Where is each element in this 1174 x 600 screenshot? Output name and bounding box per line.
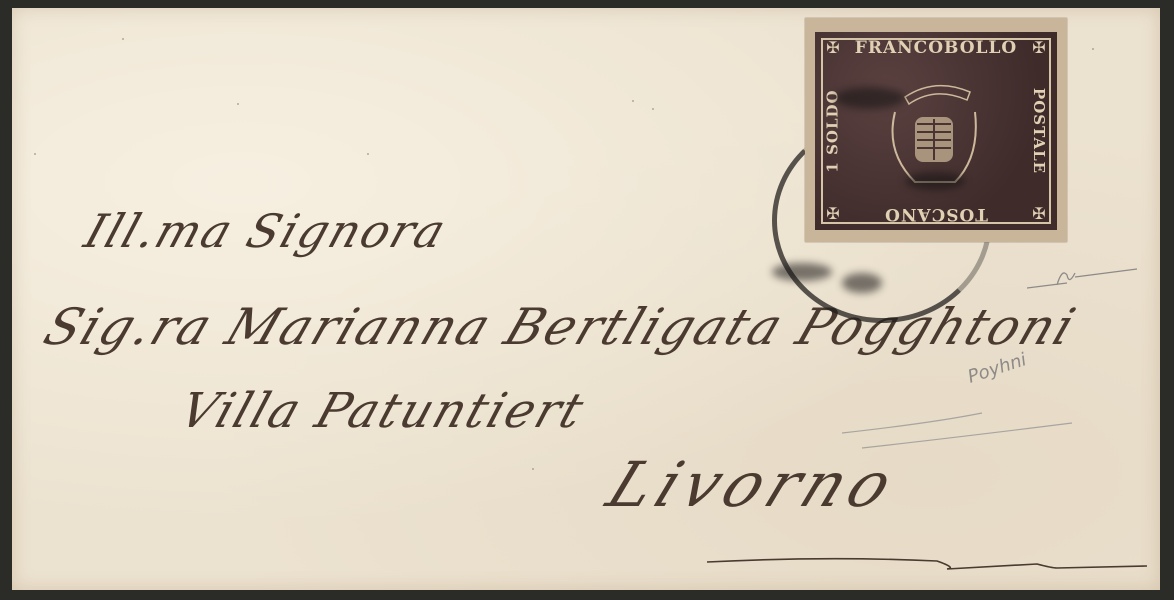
stamp-bottom-text: TOSCANO	[843, 204, 1029, 224]
cancel-smudge	[835, 87, 905, 109]
address-line-villa: Villa Patuntiert	[173, 383, 592, 439]
postmark-blot	[772, 263, 832, 281]
paper-speck	[122, 38, 124, 40]
paper-speck	[532, 468, 534, 470]
paper-speck	[367, 153, 369, 155]
corner-ornament-icon: ✠	[823, 38, 843, 58]
paper-speck	[652, 108, 654, 110]
corner-ornament-icon: ✠	[823, 204, 843, 224]
stamp-top-text: FRANCOBOLLO	[843, 38, 1029, 58]
cancel-smudge	[905, 172, 965, 190]
stamp-right-panel: POSTALE	[1027, 60, 1051, 202]
corner-ornament-icon: ✠	[1029, 38, 1049, 58]
city-underline-flourish	[707, 556, 1147, 570]
corner-ornament-icon: ✠	[1029, 204, 1049, 224]
address-line-city: Livorno	[597, 448, 909, 521]
stamp-left-panel: 1 SOLDO	[821, 60, 845, 202]
postmark-blot	[842, 273, 882, 293]
postage-stamp: FRANCOBOLLO TOSCANO POSTALE 1 SOLDO ✠ ✠ …	[805, 18, 1067, 242]
pencil-strike	[842, 393, 1082, 453]
stamp-design: FRANCOBOLLO TOSCANO POSTALE 1 SOLDO ✠ ✠ …	[815, 32, 1057, 230]
pencil-mark	[1027, 263, 1147, 293]
paper-speck	[632, 100, 634, 102]
paper-speck	[237, 103, 239, 105]
paper-speck	[34, 153, 36, 155]
paper-speck	[1092, 48, 1094, 50]
address-line-salutation: Ill.ma Signora	[78, 204, 454, 258]
stamp-right-text: POSTALE	[1030, 88, 1048, 174]
